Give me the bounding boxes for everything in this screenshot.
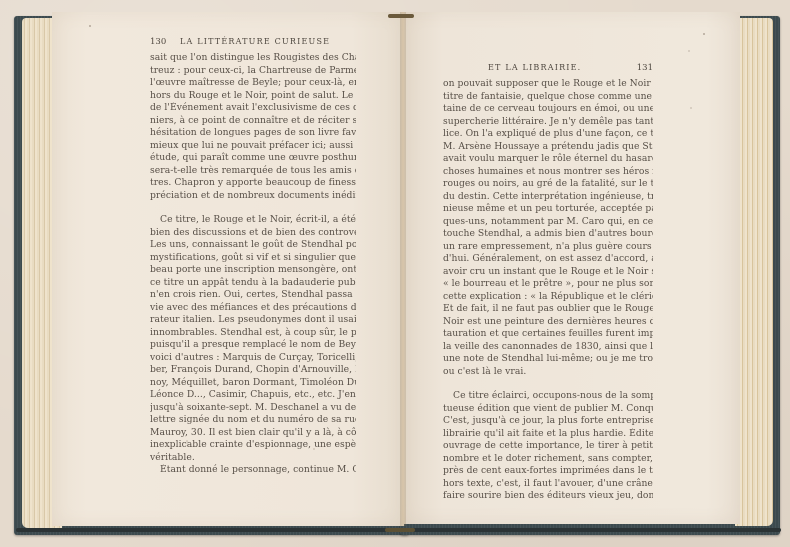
text-line: nombre et le doter richement, sans compt… [443,453,653,466]
text-line: mieux que lui ne pouvait préfacer ici; a… [150,140,356,153]
text-line: vie avec des méfiances et des précaution… [150,302,356,315]
text-line: M. Arsène Houssaye a prétendu jadis que … [443,141,653,154]
text-line: treuz : pour ceux-ci, la Chartreuse de P… [150,65,356,78]
text-line: rouges ou noirs, au gré de la fatalité, … [443,178,653,191]
text-line: près de cent eaux-fortes imprimées dans … [443,465,653,478]
paragraph-gap [150,202,356,214]
text-line: noy, Méquillet, baron Dormant, Timoléon … [150,377,356,390]
text-line: d'hui. Généralement, on est assez d'acco… [443,253,653,266]
text-line: « le bourreau et le prêtre », pour ne pl… [443,278,653,291]
text-line: nieuse même et un peu torturée, acceptée… [443,203,653,216]
text-line: ou c'est là le vrai. [443,366,653,379]
text-line: préciation et de nombreux documents inéd… [150,190,356,203]
right-page-number: 131 [637,63,653,73]
book-gutter [400,12,406,526]
text-line: Et de fait, il ne faut pas oublier que l… [443,303,653,316]
headband-top [388,14,414,18]
text-line: rateur italien. Les pseudonymes dont il … [150,314,356,327]
text-line: avait voulu marquer le rôle éternel du h… [443,153,653,166]
text-line: véritable. [150,452,356,465]
text-line: n'en crois rien. Oui, certes, Stendhal p… [150,289,356,302]
text-line: la veille des canonnades de 1830, ainsi … [443,341,653,354]
left-page-number: 130 [150,37,166,47]
text-line: une note de Stendhal lui-même; ou je me … [443,353,653,366]
text-line: C'est, jusqu'à ce jour, la plus forte en… [443,415,653,428]
text-line: avoir cru un instant que le Rouge et le … [443,266,653,279]
text-line: innombrables. Stendhal est, à coup sûr, … [150,327,356,340]
text-line: ber, François Durand, Chopin d'Arnouvill… [150,364,356,377]
text-line: Léonce D..., Casimir, Chapuis, etc., etc… [150,389,356,402]
text-line: niers, à ce point de connaître et de réc… [150,115,356,128]
text-line: jusqu'à soixante-sept. M. Deschanel a vu… [150,402,356,415]
right-page-text: on pouvait supposer que le Rouge et le N… [443,78,653,503]
left-running-title: LA LITTÉRATURE CURIEUSE [180,37,330,46]
text-line: étude, qui paraît comme une œuvre posthu… [150,152,356,165]
text-line: du destin. Cette interprétation ingénieu… [443,191,653,204]
right-running-title: ET LA LIBRAIRIE. [488,63,581,72]
text-line: Mauroy, 30. Il est bien clair qu'il y a … [150,427,356,440]
text-line: Ce titre, le Rouge et le Noir, écrit-il,… [150,214,356,227]
text-line: choses humaines et nous montrer ses héro… [443,166,653,179]
text-line: lettre signée du nom et du numéro de sa … [150,414,356,427]
text-line: un rare empressement, n'a plus guère cou… [443,241,653,254]
text-line: Les uns, connaissant le goût de Stendhal… [150,239,356,252]
text-line: puisqu'il a presque remplacé le nom de B… [150,339,356,352]
text-line: librairie qu'il ait faite et la plus har… [443,428,653,441]
text-line: de l'Événement avait l'exclusivisme de c… [150,102,356,115]
text-line: hors du Rouge et le Noir, point de salut… [150,90,356,103]
text-line: sait que l'on distingue les Rougistes de… [150,52,356,65]
page-edges-right [735,18,773,526]
text-line: voici d'autres : Marquis de Curçay, Tori… [150,352,356,365]
text-line: tueuse édition que vient de publier M. C… [443,403,653,416]
text-line: sera-t-elle très remarquée de tous les a… [150,165,356,178]
text-line: beau porte une inscription mensongère, o… [150,264,356,277]
text-line: titre de fantaisie, quelque chose comme … [443,91,653,104]
text-line: Étant donné le personnage, continue M. C… [150,464,356,477]
text-line: Noir est une peinture des dernières heur… [443,316,653,329]
text-line: ouvrage de cette importance, le tirer à … [443,440,653,453]
text-line: touche Stendhal, a admis bien d'autres b… [443,228,653,241]
headband-bottom [385,528,415,532]
paragraph-gap [443,378,653,390]
text-line: inexplicable crainte d'espionnage, une e… [150,439,356,452]
text-line: taine de ce cerveau toujours en émoi, ou… [443,103,653,116]
text-line: bien des discussions et de bien des cont… [150,227,356,240]
text-line: lice. On l'a expliqué de plus d'une faço… [443,128,653,141]
text-line: faire sourire bien des éditeurs vieux je… [443,490,653,503]
text-line: hors texte, c'est, il faut l'avouer, d'u… [443,478,653,491]
text-line: on pouvait supposer que le Rouge et le N… [443,78,653,91]
text-line: tauration et que certaines feuilles fure… [443,328,653,341]
text-line: hésitation de longues pages de son livre… [150,127,356,140]
text-line: l'œuvre maîtresse de Beyle; pour ceux-là… [150,77,356,90]
text-line: mystifications, goût si vif et si singul… [150,252,356,265]
text-line: ques-uns, notamment par M. Caro qui, en … [443,216,653,229]
text-line: ce titre un appât tendu à la badauderie … [150,277,356,290]
text-line: tres. Chapron y apporte beaucoup de fine… [150,177,356,190]
text-line: Ce titre éclairci, occupons-nous de la s… [443,390,653,403]
left-page-text: sait que l'on distingue les Rougistes de… [150,52,356,477]
text-line: cette explication : « la République et l… [443,291,653,304]
text-line: supercherie littéraire. Je n'y demêle pa… [443,116,653,129]
